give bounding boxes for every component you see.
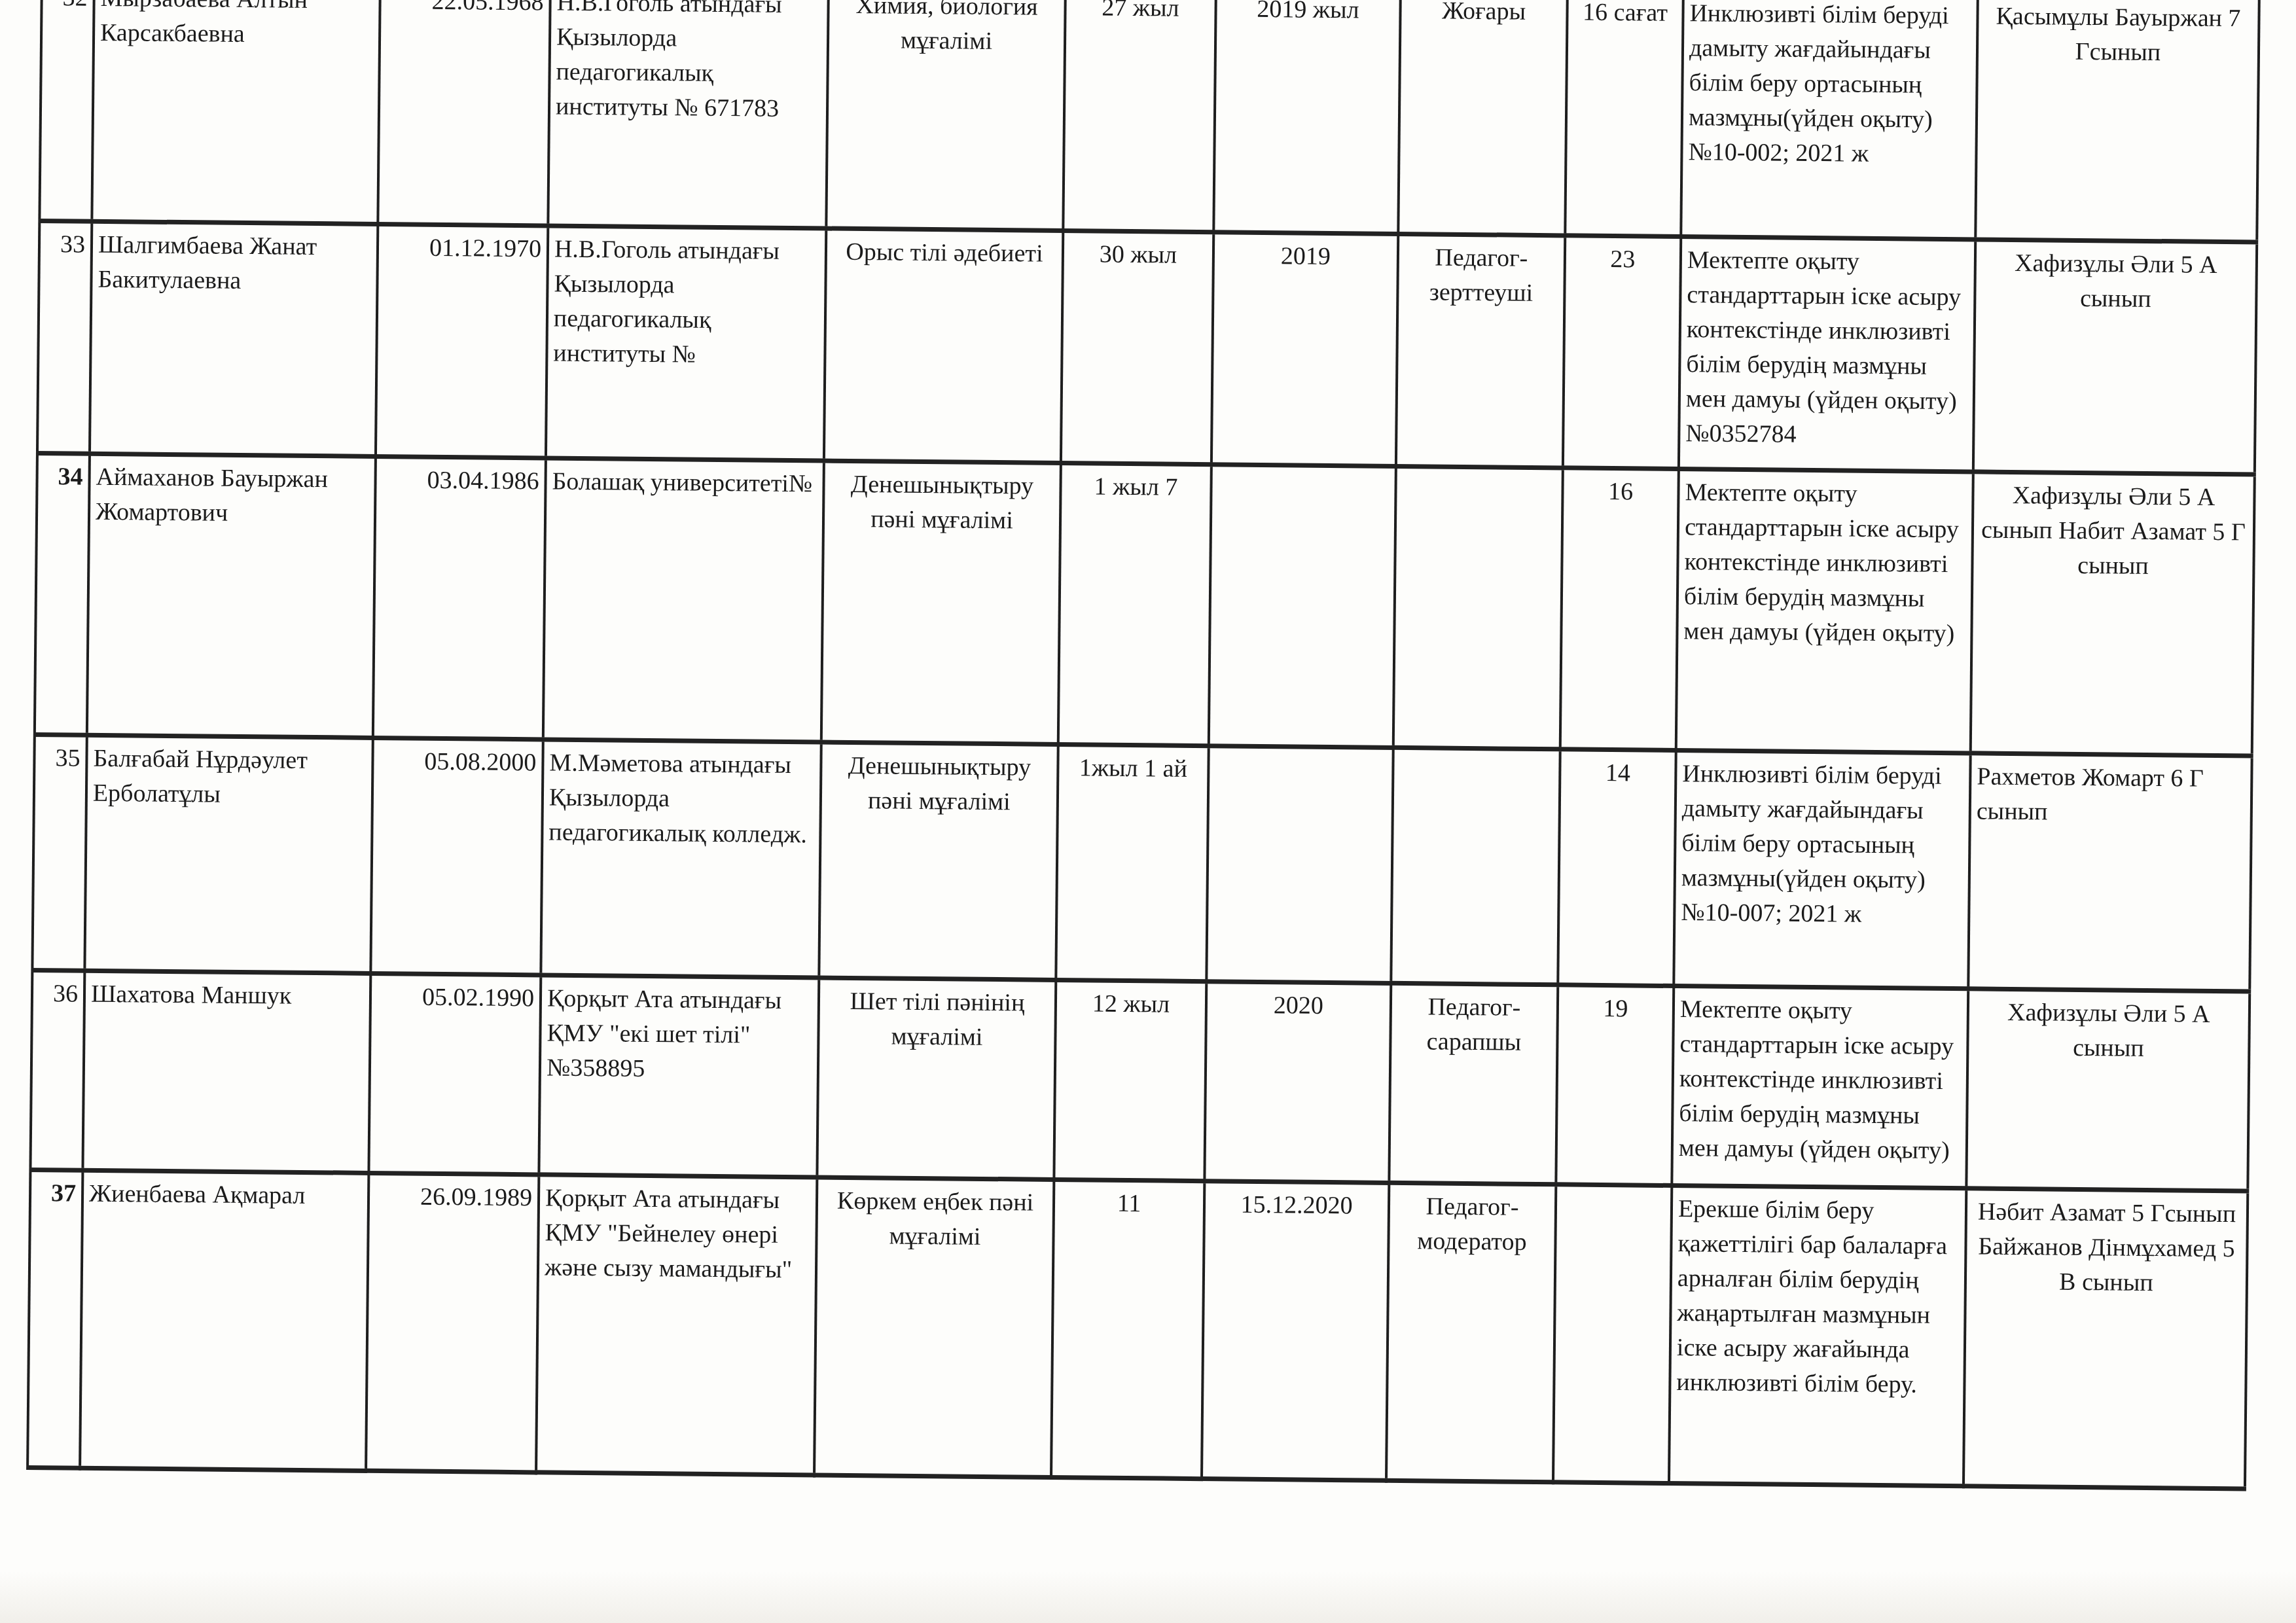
students: Хафизұлы Әли 5 А сынып Набит Азамат 5 Г … (1971, 471, 2255, 755)
teacher-name: Мырзабаева Алтын Карсакбаевна (92, 0, 380, 224)
birth-date: 05.02.1990 (368, 973, 541, 1174)
subject: Шет тілі пәнінің мұғалімі (817, 977, 1056, 1179)
students: Хафизұлы Әли 5 А сынып (1973, 239, 2257, 474)
birth-date: 03.04.1986 (373, 456, 546, 739)
row-number: 36 (30, 970, 84, 1170)
subject: Денешынықтыру пәні мұғалімі (819, 742, 1058, 980)
education: Н.В.Гоголь атындағы Қызылорда педагогика… (548, 0, 829, 228)
subject: Химия, биология мұғалімі (826, 0, 1066, 230)
row-number: 33 (37, 221, 92, 454)
row-number: 34 (35, 453, 90, 735)
category: Педагог-модератор (1386, 1183, 1556, 1482)
hours (1553, 1184, 1672, 1483)
education: М.Мәметова атындағы Қызылорда педагогика… (541, 739, 821, 977)
teacher-name: Жиенбаева Ақмарал (80, 1170, 368, 1471)
birth-date: 01.12.1970 (376, 224, 548, 457)
experience: 1жыл 1 ай (1056, 744, 1208, 981)
birth-date: 26.09.1989 (366, 1173, 539, 1472)
staff-table: 32 Мырзабаева Алтын Карсакбаевна 22.05.1… (26, 0, 2261, 1491)
subject: Көркем еңбек пәні мұғалімі (814, 1177, 1054, 1476)
subject: Орыс тілі әдебиеті (824, 228, 1063, 463)
table-row: 33 Шалгимбаева Жанат Бакитулаевна 01.12.… (37, 221, 2257, 474)
table-row: 35 Балғабай Нұрдәулет Ерболатұлы 05.08.2… (32, 734, 2251, 991)
course: Инклюзивті білім беруді дамыту жағдайынд… (1674, 750, 1970, 988)
scan-bottom-edge (0, 1571, 2296, 1623)
category: Педагог-сарапшы (1389, 983, 1558, 1184)
education: Қорқыт Ата атындағы ҚМУ "Бейнелеу өнері … (536, 1174, 817, 1474)
teacher-name: Шалгимбаева Жанат Бакитулаевна (90, 221, 378, 456)
education: Н.В.Гоголь атындағы Қызылорда педагогика… (546, 225, 826, 460)
table-row: 32 Мырзабаева Алтын Карсакбаевна 22.05.1… (39, 0, 2259, 242)
hours: 19 (1556, 984, 1674, 1185)
attestation-year (1206, 745, 1393, 983)
hours: 16 (1560, 467, 1679, 750)
experience: 12 жыл (1054, 980, 1206, 1181)
course: Мектепте оқыту стандарттарын іске асыру … (1679, 236, 1975, 471)
teacher-name: Шахатова Маншук (82, 971, 370, 1173)
education: Болашақ университеті№ (543, 457, 824, 741)
course: Ерекше білім беру қажеттілігі бар балала… (1669, 1185, 1966, 1486)
education: Қорқыт Ата атындағы ҚМУ "екі шет тілі" №… (539, 974, 819, 1177)
course: Инклюзивті білім беруді дамыту жағдайынд… (1681, 0, 1978, 239)
row-number: 37 (27, 1169, 82, 1468)
students: Рахметов Жомарт 6 Г сынып (1968, 753, 2251, 991)
row-number: 32 (39, 0, 94, 221)
attestation-year (1209, 464, 1396, 747)
experience: 11 (1051, 1179, 1204, 1478)
students: Хафизұлы Әли 5 А сынып (1966, 988, 2250, 1190)
row-number: 35 (32, 734, 86, 971)
table-row: 36 Шахатова Маншук 05.02.1990 Қорқыт Ата… (30, 970, 2250, 1191)
course: Мектепте оқыту стандарттарын іске асыру … (1676, 469, 1973, 753)
students: Қасымұлы Бауыржан 7 Гсынып (1975, 0, 2259, 242)
category (1391, 747, 1560, 984)
experience: 1 жыл 7 (1058, 463, 1211, 745)
experience: 30 жыл (1061, 230, 1213, 464)
attestation-year: 2020 (1204, 981, 1391, 1183)
hours: 23 (1563, 235, 1681, 469)
attestation-year: 2019 (1211, 232, 1398, 466)
hours: 16 сағат (1565, 0, 1683, 236)
experience: 27 жыл (1063, 0, 1216, 232)
birth-date: 22.05.1968 (378, 0, 550, 225)
table-row: 37 Жиенбаева Ақмарал 26.09.1989 Қорқыт А… (27, 1169, 2248, 1489)
subject: Денешынықтыру пәні мұғалімі (821, 461, 1061, 744)
birth-date: 05.08.2000 (370, 738, 543, 974)
course: Мектепте оқыту стандарттарын іске асыру … (1672, 986, 1968, 1188)
hours: 14 (1558, 749, 1676, 986)
category: Педагог-зерттеуші (1396, 234, 1565, 467)
category (1393, 466, 1563, 749)
students: Нәбит Азамат 5 Гсынып Байжанов Дінмұхаме… (1964, 1188, 2248, 1488)
category: Жоғары (1398, 0, 1568, 235)
attestation-year: 2019 жыл (1213, 0, 1401, 234)
table-row: 34 Аймаханов Бауыржан Жомартович 03.04.1… (35, 453, 2255, 756)
attestation-year: 15.12.2020 (1202, 1181, 1389, 1480)
teacher-name: Аймаханов Бауыржан Жомартович (87, 454, 376, 738)
teacher-name: Балғабай Нұрдәулет Ерболатұлы (84, 735, 372, 973)
